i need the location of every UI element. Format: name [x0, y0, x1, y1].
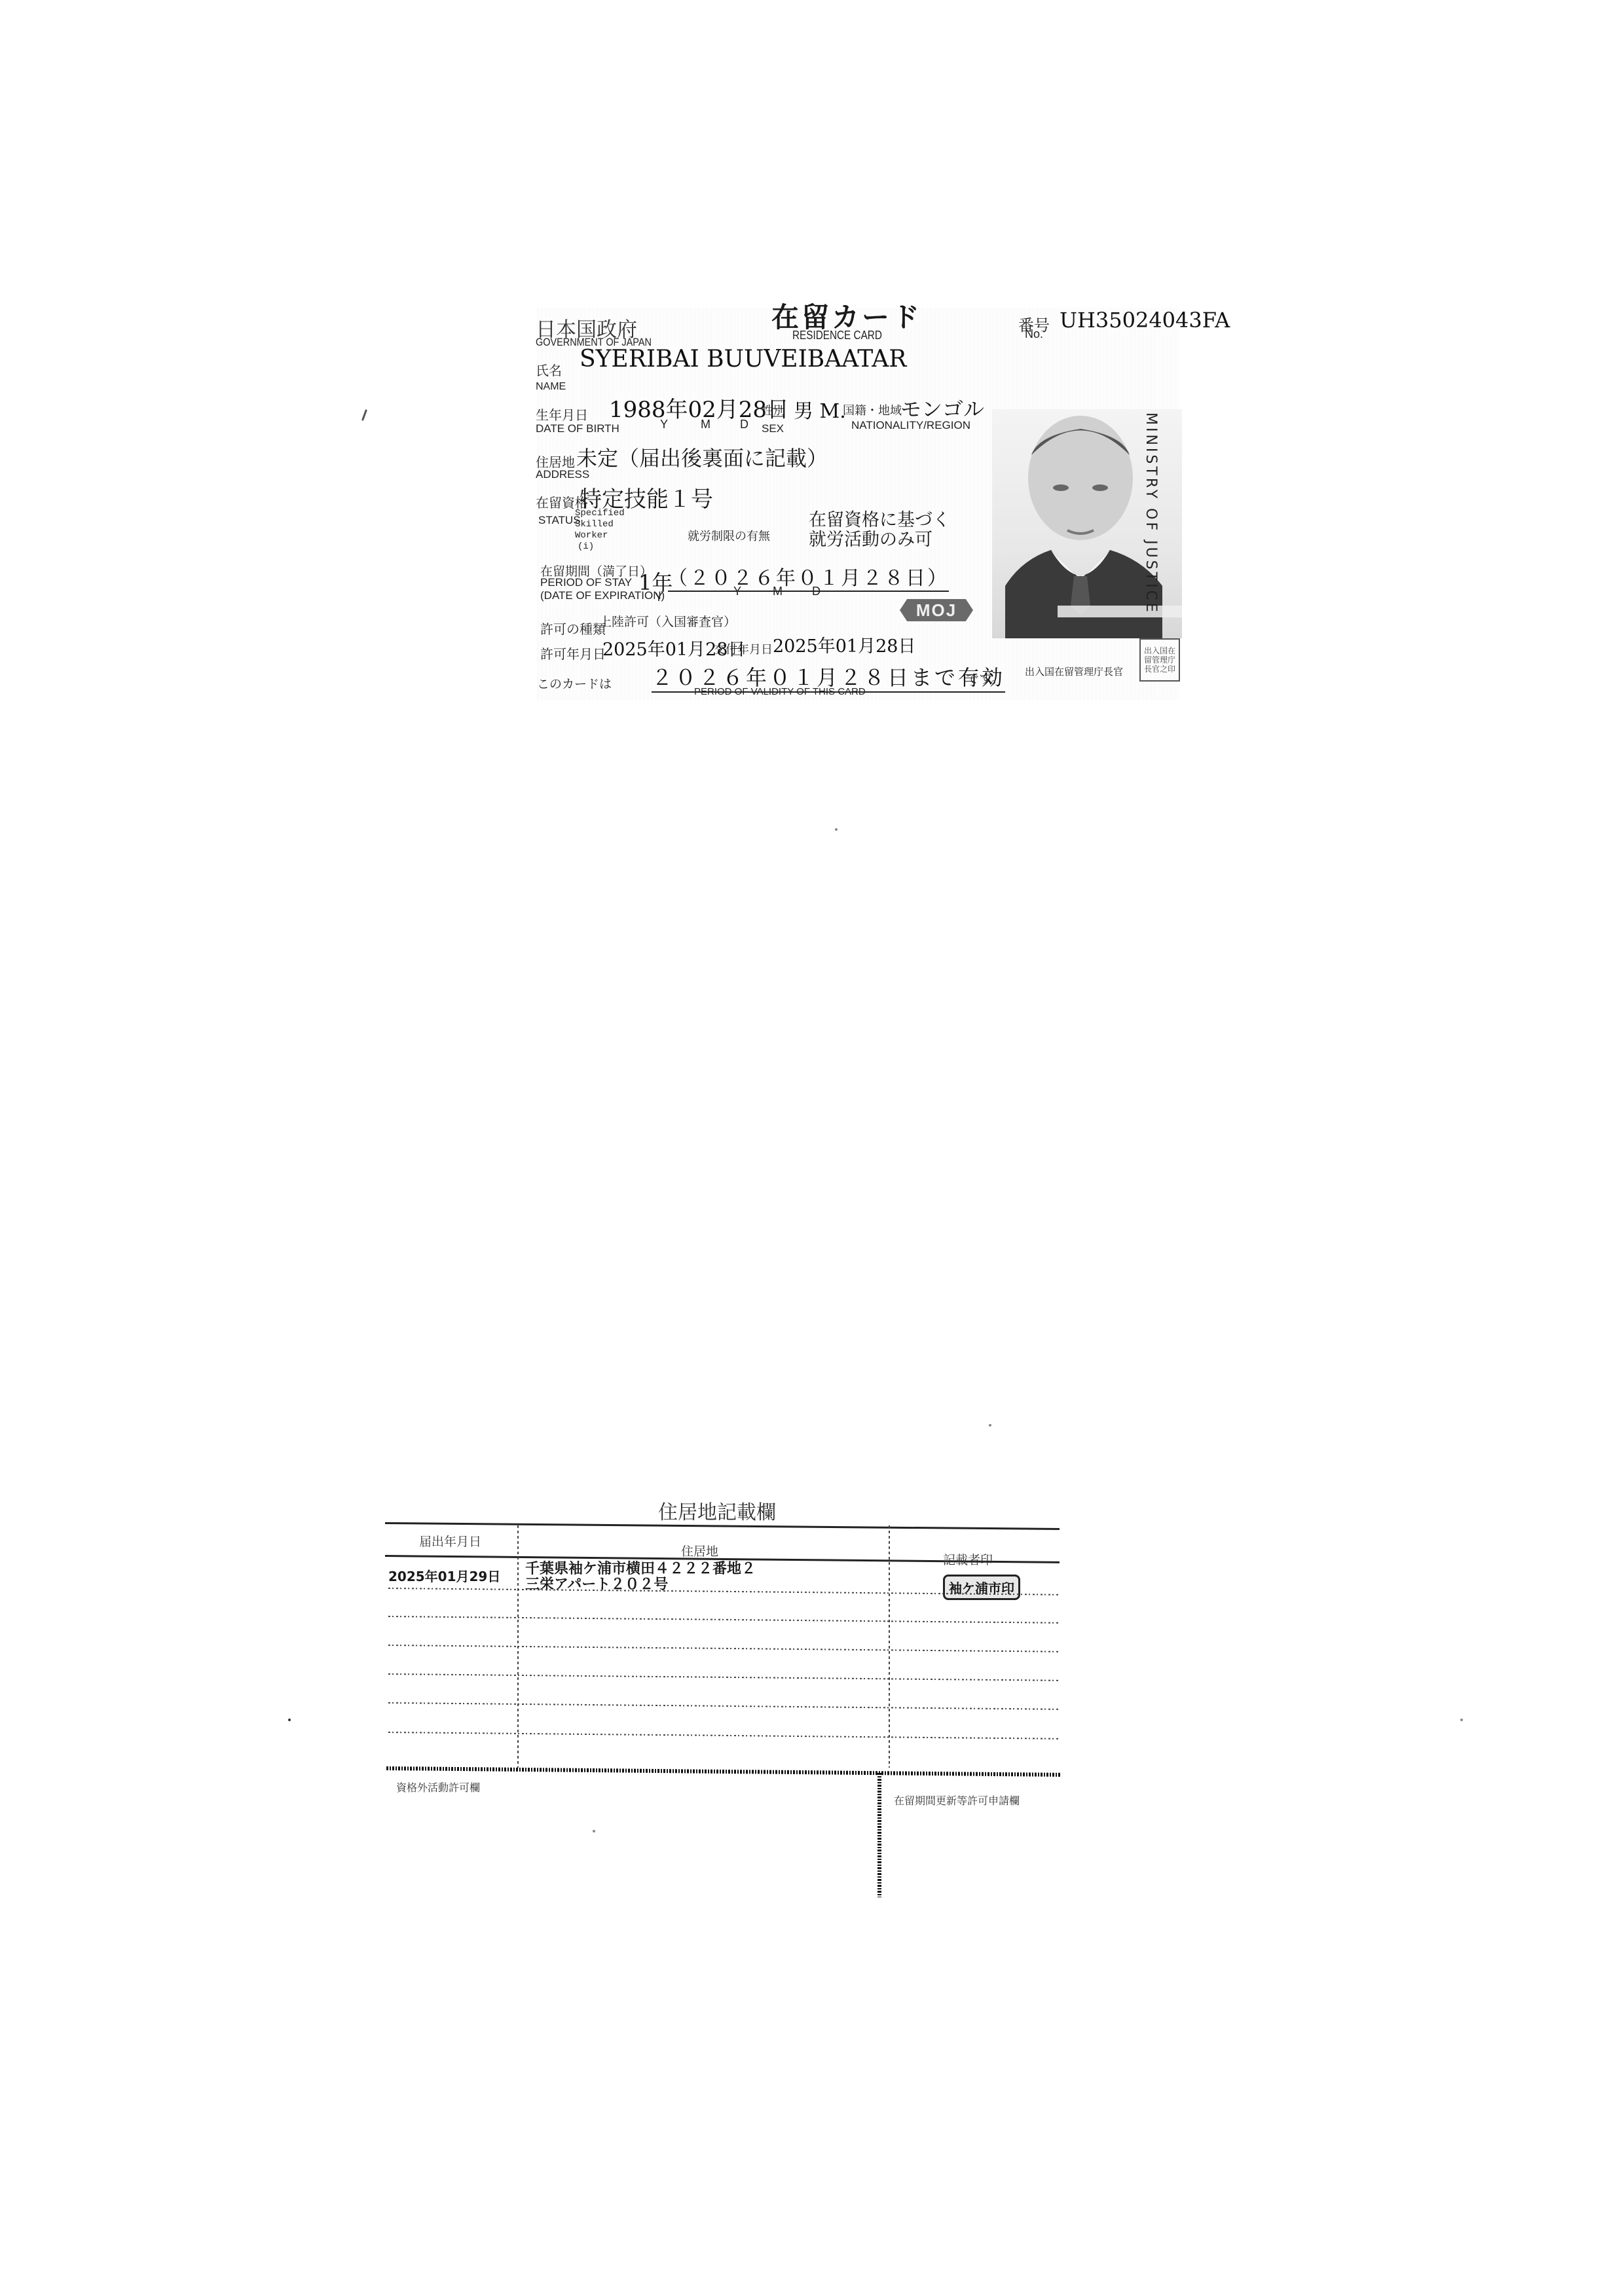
permission-type-value: 上陸許可（入国審査官） — [599, 612, 736, 630]
sex-label-en: SEX — [762, 422, 784, 435]
card-title-en: RESIDENCE CARD — [792, 329, 882, 342]
validity-prefix: このカードは — [537, 674, 612, 692]
status-label-en: STATUS — [538, 514, 581, 527]
address-label-en: ADDRESS — [536, 468, 589, 481]
dob-d-label: D — [740, 418, 748, 431]
column-header-stamp: 記載者印 — [943, 1550, 993, 1568]
permission-type-label: 許可の種類 — [540, 619, 606, 638]
row-address: 千葉県袖ケ浦市横田４２２２番地２ 三栄アパート２０２号 — [525, 1561, 756, 1593]
issue-date-label: 交付年月日 — [714, 640, 773, 657]
card-number-label-en: No. — [1025, 327, 1043, 341]
dob-label-en: DATE OF BIRTH — [536, 422, 619, 435]
scan-artifact — [593, 1830, 595, 1832]
dob-m-label: M — [701, 418, 710, 431]
period-label-en: PERIOD OF STAY — [540, 576, 632, 589]
status-en-line: Worker — [575, 530, 625, 541]
nationality-label-jp: 国籍・地域 — [843, 401, 902, 418]
address-value: 未定（届出後裏面に記載） — [576, 442, 828, 472]
exp-m-label: M — [773, 585, 783, 598]
column-header-address: 住居地 — [681, 1542, 718, 1559]
work-restriction-value: 在留資格に基づく 就労活動のみ可 — [809, 511, 950, 550]
dob-y-label: Y — [660, 418, 668, 431]
column-divider — [889, 1525, 890, 1768]
issue-date: 2025年01月28日 — [773, 632, 915, 657]
permission-date-label: 許可年月日 — [540, 644, 606, 663]
sex-label-jp: 性別 — [762, 401, 785, 418]
ministry-of-justice-vertical: MINISTRY OF JUSTICE — [1143, 412, 1159, 615]
renewal-application-label: 在留期間更新等許可申請欄 — [894, 1793, 1020, 1808]
name-label-jp: 氏名 — [536, 360, 562, 379]
status-en-line: (i) — [575, 541, 625, 553]
validity-suffix: です。 — [966, 668, 1004, 687]
scan-artifact — [1460, 1719, 1463, 1721]
status-en-line: Skilled — [575, 519, 625, 530]
moj-badge: MOJ — [900, 599, 973, 621]
validity-label-en: PERIOD OF VALIDITY OF THIS CARD — [694, 686, 866, 697]
nationality-label-en: NATIONALITY/REGION — [851, 419, 970, 432]
period-y-label: Y — [655, 591, 663, 604]
card-number: UH35024043FA — [1060, 308, 1230, 333]
sex-value: 男 M. — [794, 395, 846, 424]
work-restriction-line: 在留資格に基づく — [809, 511, 950, 530]
municipal-stamp: 袖ケ浦市印 — [943, 1575, 1020, 1600]
row-address-line: 千葉県袖ケ浦市横田４２２２番地２ — [525, 1561, 756, 1577]
scan-artifact — [835, 828, 838, 831]
official-seal: 出入国在留管理庁長官之印 — [1139, 638, 1180, 682]
name-label-en: NAME — [536, 381, 566, 393]
column-header-date: 届出年月日 — [419, 1532, 481, 1550]
exp-d-label: D — [812, 585, 821, 598]
expiration-date: （２０２６年０１月２８日） — [668, 562, 949, 592]
holder-name: SYERIBAI BUUVEIBAATAR — [580, 346, 906, 373]
exp-y-label: Y — [733, 585, 741, 598]
status-en-line: Specified — [575, 508, 625, 519]
work-restriction-line: 就労活動のみ可 — [809, 530, 950, 550]
scan-artifact — [288, 1719, 291, 1721]
extra-activity-permission-label: 資格外活動許可欄 — [396, 1779, 480, 1795]
row-date: 2025年01月29日 — [388, 1566, 500, 1585]
scan-artifact — [361, 409, 367, 421]
issuer-official: 出入国在留管理庁長官 — [1025, 665, 1123, 678]
microtext-vertical-divider — [877, 1773, 881, 1897]
work-restriction-label: 就労制限の有無 — [688, 527, 770, 544]
address-record-title: 住居地記載欄 — [658, 1496, 776, 1525]
dob-label-jp: 生年月日 — [536, 405, 588, 424]
scan-artifact — [989, 1424, 991, 1427]
status-en-desc: Specified Skilled Worker (i) — [575, 508, 625, 553]
